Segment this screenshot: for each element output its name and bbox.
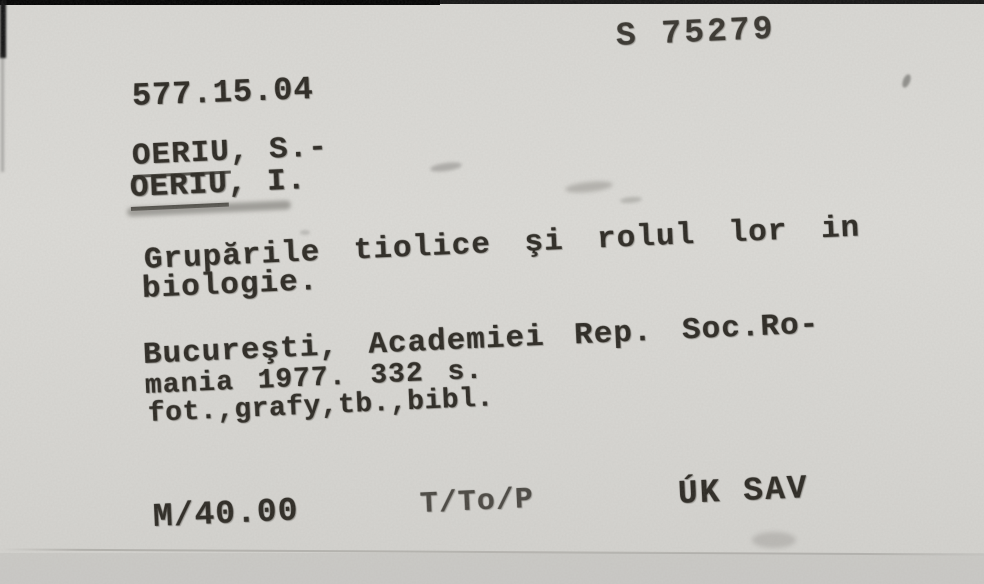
scan-edge-left-streak: [0, 0, 6, 58]
author-line-2: OERIU, I.: [129, 163, 307, 206]
title-line-2: biologie.: [141, 264, 319, 307]
ink-smudge: [752, 532, 796, 548]
price-code: M/40.00: [152, 492, 299, 536]
scan-edge-top-left: [0, 0, 440, 5]
card-bottom-strip: [0, 553, 984, 584]
location-code: T/To/P: [419, 483, 534, 522]
ink-speck: [300, 230, 310, 235]
ink-smudge: [620, 196, 642, 204]
catalog-card-scan: S 75279 577.15.04 OERIU, S.- OERIU, I. G…: [0, 0, 984, 584]
classification-number: 577.15.04: [131, 71, 314, 115]
shelf-number: S 75279: [615, 11, 776, 55]
author-2-initials: , I.: [227, 163, 307, 202]
ink-smudge: [430, 161, 463, 173]
library-stamp: ÚK SAV: [677, 470, 809, 513]
ink-speck: [901, 73, 913, 89]
ink-smudge: [565, 180, 614, 195]
scan-edge-left-tail: [1, 52, 4, 172]
